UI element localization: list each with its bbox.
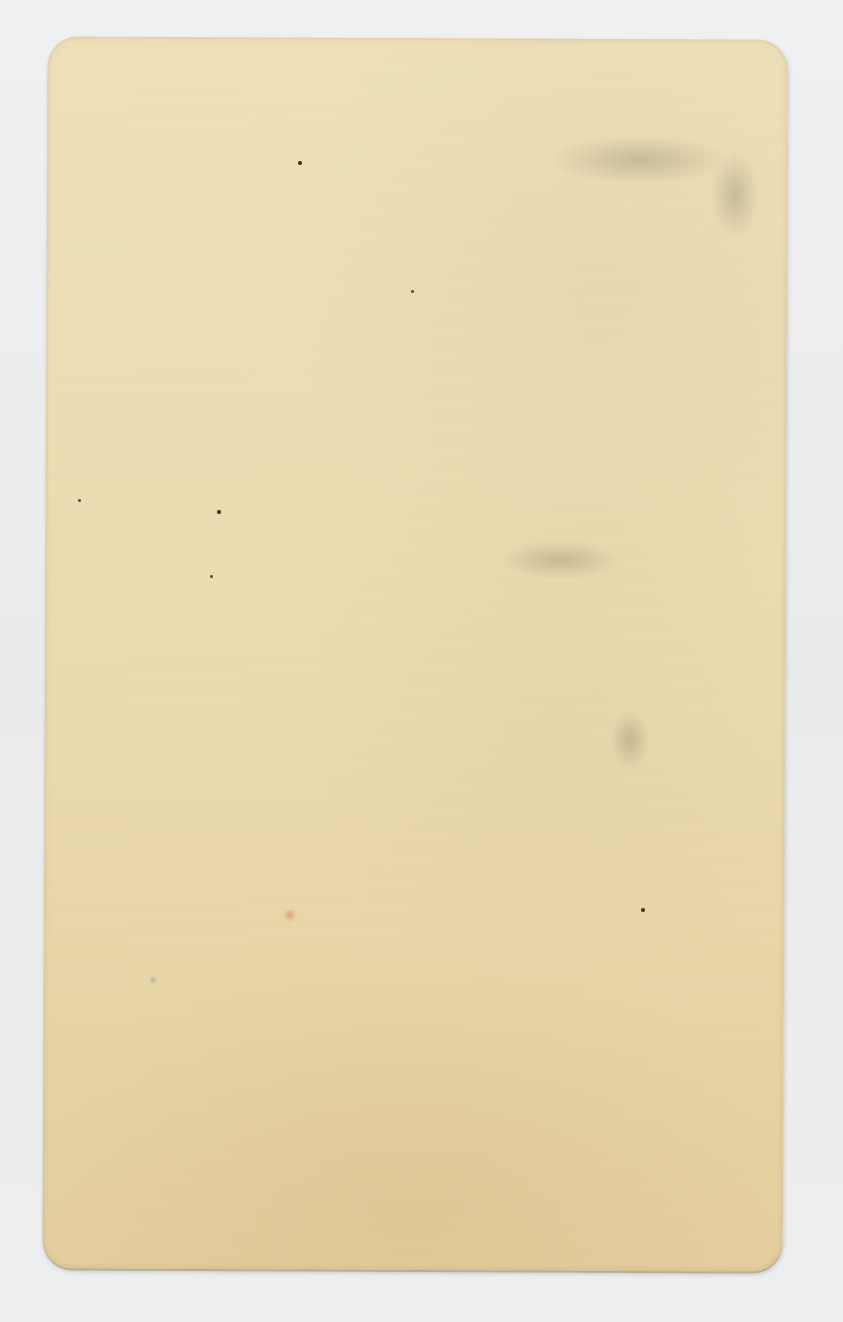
smudge-mark	[500, 540, 620, 580]
smudge-mark	[550, 135, 730, 185]
foxing-stain	[283, 908, 297, 922]
photo-card-back	[42, 36, 787, 1271]
speck-mark	[78, 499, 81, 502]
speck-mark	[217, 510, 221, 514]
speck-mark	[411, 290, 414, 293]
smudge-mark	[610, 710, 650, 770]
gray-spot	[148, 976, 158, 984]
speck-mark	[641, 908, 645, 912]
speck-mark	[298, 161, 302, 165]
speck-mark	[210, 575, 213, 578]
